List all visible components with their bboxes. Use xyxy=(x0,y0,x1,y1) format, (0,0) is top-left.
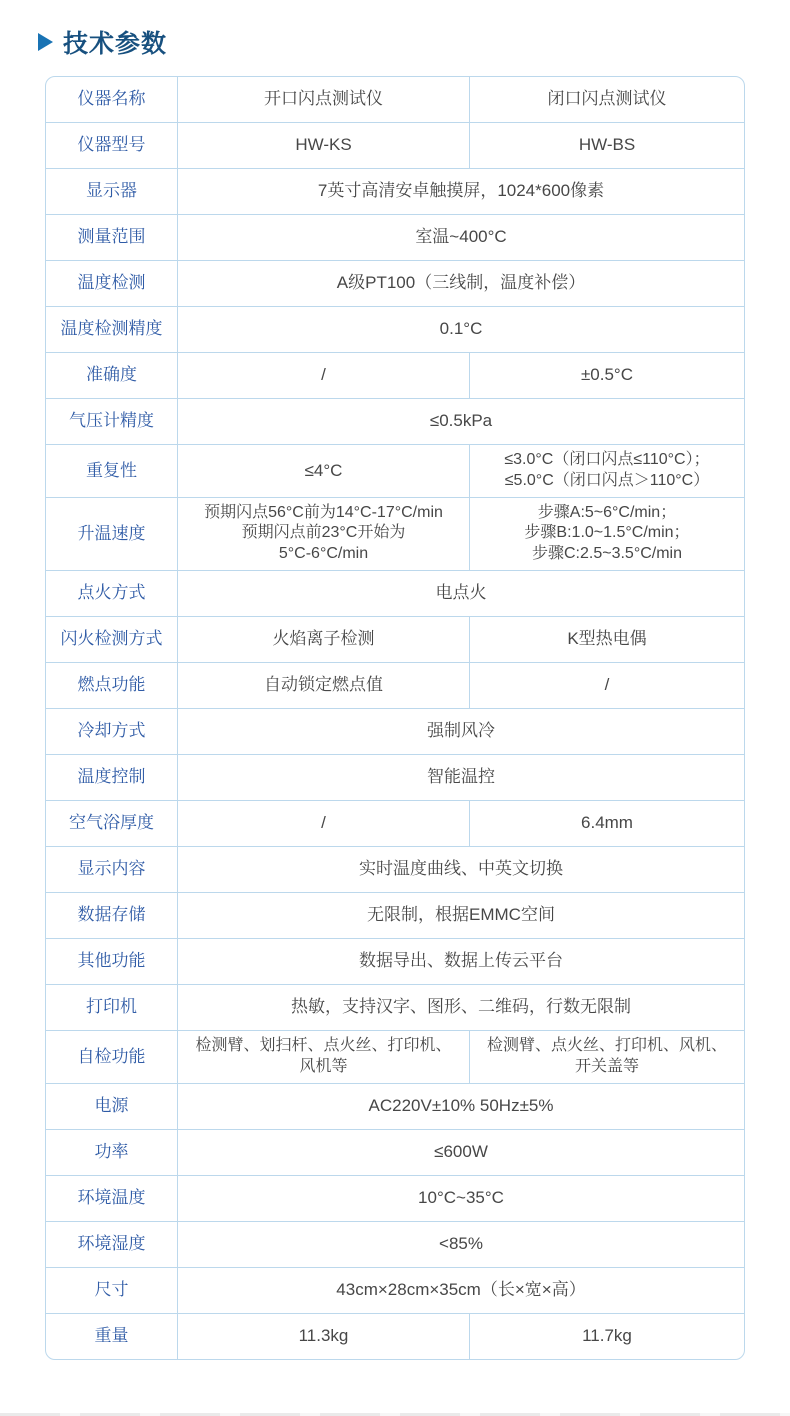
row-value: 电点火 xyxy=(177,571,744,616)
row-label: 点火方式 xyxy=(46,571,177,616)
row-value: 10°C~35°C xyxy=(177,1176,744,1221)
table-row: 气压计精度≤0.5kPa xyxy=(46,398,744,444)
row-value: 11.3kg xyxy=(177,1314,469,1359)
row-value: 闭口闪点测试仪 xyxy=(469,77,744,122)
row-value: / xyxy=(177,353,469,398)
table-row: 功率≤600W xyxy=(46,1129,744,1175)
spec-table: 仪器名称开口闪点测试仪闭口闪点测试仪仪器型号HW-KSHW-BS显示器7英寸高清… xyxy=(45,76,745,1360)
row-label: 电源 xyxy=(46,1084,177,1129)
table-row: 温度控制智能温控 xyxy=(46,754,744,800)
row-value: A级PT100（三线制，温度补偿） xyxy=(177,261,744,306)
row-label: 燃点功能 xyxy=(46,663,177,708)
table-row: 显示内容实时温度曲线、中英文切换 xyxy=(46,846,744,892)
row-label: 测量范围 xyxy=(46,215,177,260)
row-value: 预期闪点56°C前为14°C-17°C/min 预期闪点前23°C开始为 5°C… xyxy=(177,498,469,570)
row-label: 冷却方式 xyxy=(46,709,177,754)
row-label: 打印机 xyxy=(46,985,177,1030)
row-value: 室温~400°C xyxy=(177,215,744,260)
row-label: 仪器名称 xyxy=(46,77,177,122)
table-row: 重复性≤4°C≤3.0°C（闭口闪点≤110°C）； ≤5.0°C（闭口闪点＞1… xyxy=(46,444,744,497)
page-title: 技术参数 xyxy=(63,24,167,60)
row-label: 升温速度 xyxy=(46,498,177,570)
row-value: ≤3.0°C（闭口闪点≤110°C）； ≤5.0°C（闭口闪点＞110°C） xyxy=(469,445,744,497)
table-row: 仪器型号HW-KSHW-BS xyxy=(46,122,744,168)
table-row: 自检功能检测臂、划扫杆、点火丝、打印机、 风机等检测臂、点火丝、打印机、风机、 … xyxy=(46,1030,744,1083)
row-value: 6.4mm xyxy=(469,801,744,846)
row-label: 数据存储 xyxy=(46,893,177,938)
table-row: 打印机热敏，支持汉字、图形、二维码，行数无限制 xyxy=(46,984,744,1030)
row-value: 步骤A:5~6°C/min； 步骤B:1.0~1.5°C/min； 步骤C:2.… xyxy=(469,498,744,570)
row-label: 重量 xyxy=(46,1314,177,1359)
row-value: 开口闪点测试仪 xyxy=(177,77,469,122)
table-row: 仪器名称开口闪点测试仪闭口闪点测试仪 xyxy=(46,77,744,122)
row-value: 热敏，支持汉字、图形、二维码，行数无限制 xyxy=(177,985,744,1030)
row-label: 功率 xyxy=(46,1130,177,1175)
row-label: 温度控制 xyxy=(46,755,177,800)
row-label: 显示内容 xyxy=(46,847,177,892)
table-row: 点火方式电点火 xyxy=(46,570,744,616)
row-value: 检测臂、划扫杆、点火丝、打印机、 风机等 xyxy=(177,1031,469,1083)
row-value: HW-BS xyxy=(469,123,744,168)
table-row: 环境湿度<85% xyxy=(46,1221,744,1267)
row-value: ≤0.5kPa xyxy=(177,399,744,444)
table-row: 准确度/±0.5°C xyxy=(46,352,744,398)
row-value: 0.1°C xyxy=(177,307,744,352)
table-row: 升温速度预期闪点56°C前为14°C-17°C/min 预期闪点前23°C开始为… xyxy=(46,497,744,570)
row-label: 自检功能 xyxy=(46,1031,177,1083)
row-label: 显示器 xyxy=(46,169,177,214)
table-row: 测量范围室温~400°C xyxy=(46,214,744,260)
row-value: 11.7kg xyxy=(469,1314,744,1359)
table-row: 温度检测A级PT100（三线制，温度补偿） xyxy=(46,260,744,306)
table-row: 闪火检测方式火焰离子检测K型热电偶 xyxy=(46,616,744,662)
table-row: 其他功能数据导出、数据上传云平台 xyxy=(46,938,744,984)
row-value: 无限制，根据EMMC空间 xyxy=(177,893,744,938)
table-row: 温度检测精度0.1°C xyxy=(46,306,744,352)
row-value: 数据导出、数据上传云平台 xyxy=(177,939,744,984)
row-label: 环境温度 xyxy=(46,1176,177,1221)
row-label: 空气浴厚度 xyxy=(46,801,177,846)
row-value: / xyxy=(469,663,744,708)
row-value: <85% xyxy=(177,1222,744,1267)
row-value: HW-KS xyxy=(177,123,469,168)
row-label: 准确度 xyxy=(46,353,177,398)
row-label: 尺寸 xyxy=(46,1268,177,1313)
row-label: 仪器型号 xyxy=(46,123,177,168)
row-label: 温度检测 xyxy=(46,261,177,306)
table-row: 重量11.3kg11.7kg xyxy=(46,1313,744,1359)
row-value: K型热电偶 xyxy=(469,617,744,662)
row-value: 43cm×28cm×35cm（长×宽×高） xyxy=(177,1268,744,1313)
row-value: 实时温度曲线、中英文切换 xyxy=(177,847,744,892)
row-value: 检测臂、点火丝、打印机、风机、 开关盖等 xyxy=(469,1031,744,1083)
table-row: 显示器7英寸高清安卓触摸屏，1024*600像素 xyxy=(46,168,744,214)
table-row: 环境温度10°C~35°C xyxy=(46,1175,744,1221)
table-row: 数据存储无限制，根据EMMC空间 xyxy=(46,892,744,938)
section-header: 技术参数 xyxy=(0,0,790,60)
row-label: 温度检测精度 xyxy=(46,307,177,352)
table-row: 尺寸43cm×28cm×35cm（长×宽×高） xyxy=(46,1267,744,1313)
row-value: 强制风冷 xyxy=(177,709,744,754)
row-value: ≤600W xyxy=(177,1130,744,1175)
row-label: 闪火检测方式 xyxy=(46,617,177,662)
row-value: 火焰离子检测 xyxy=(177,617,469,662)
table-row: 冷却方式强制风冷 xyxy=(46,708,744,754)
row-value: 7英寸高清安卓触摸屏，1024*600像素 xyxy=(177,169,744,214)
row-value: / xyxy=(177,801,469,846)
triangle-right-icon xyxy=(38,33,53,51)
row-label: 环境湿度 xyxy=(46,1222,177,1267)
row-value: ≤4°C xyxy=(177,445,469,497)
table-row: 燃点功能自动锁定燃点值/ xyxy=(46,662,744,708)
row-value: 自动锁定燃点值 xyxy=(177,663,469,708)
row-label: 其他功能 xyxy=(46,939,177,984)
row-label: 气压计精度 xyxy=(46,399,177,444)
row-value: ±0.5°C xyxy=(469,353,744,398)
row-value: AC220V±10% 50Hz±5% xyxy=(177,1084,744,1129)
row-label: 重复性 xyxy=(46,445,177,497)
table-row: 电源AC220V±10% 50Hz±5% xyxy=(46,1083,744,1129)
row-value: 智能温控 xyxy=(177,755,744,800)
table-row: 空气浴厚度/6.4mm xyxy=(46,800,744,846)
